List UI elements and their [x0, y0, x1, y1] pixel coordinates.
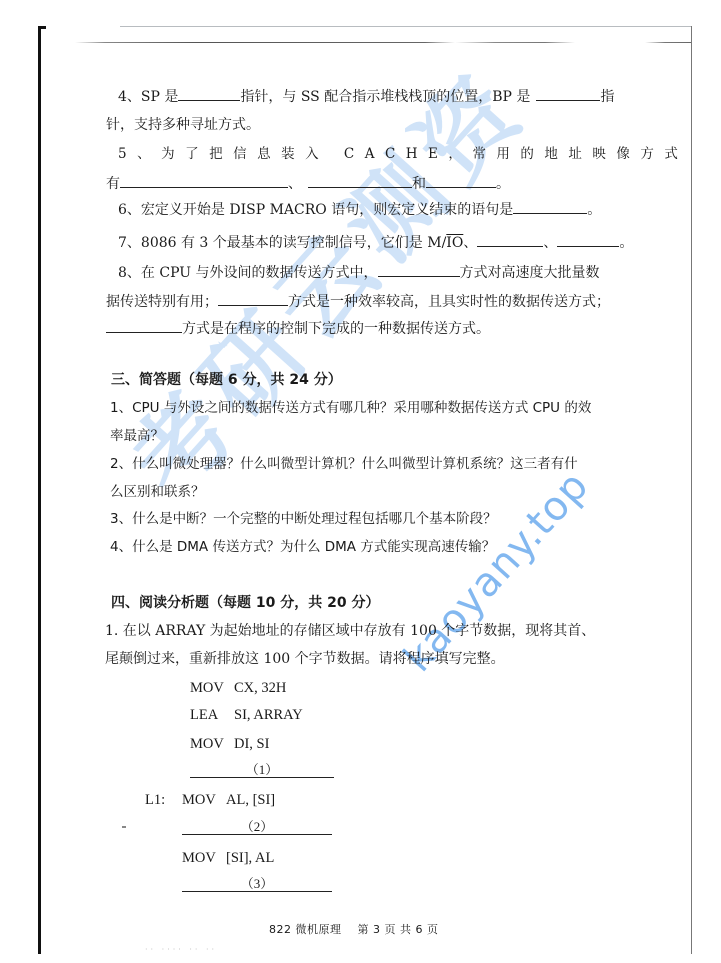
page-border-corner [38, 26, 46, 29]
scan-artifact [122, 826, 126, 828]
code-blank-1[interactable]: （1） [190, 763, 334, 778]
q8-text-1: 8、在 CPU 与外设间的数据传送方式中， [118, 265, 378, 281]
q5-blank-1[interactable] [120, 173, 288, 188]
page-border-left [38, 26, 41, 954]
code-line-1: MOVCX, 32H [190, 678, 286, 698]
section3-q3: 3、什么是中断？一个完整的中断处理过程包括哪几个基本阶段？ [110, 509, 600, 529]
code-op: MOV [190, 678, 234, 698]
page-footer: 822 微机原理 第 3 页 共 6 页 [269, 921, 438, 937]
section3-q2-line2: 么区别和联系？ [110, 482, 600, 502]
code-label-l1: L1: [145, 790, 165, 810]
q4-blank-1[interactable] [178, 86, 240, 101]
section4-title: 四、阅读分析题（每题 10 分，共 20 分） [111, 593, 601, 613]
fill-blank-q8-line3: 方式是在程序的控制下完成的一种数据传送方式。 [106, 318, 596, 339]
q7-text-4: 。 [619, 235, 633, 251]
q8-text-3: 据传送特别有用； [106, 294, 218, 310]
code-args: SI, ARRAY [234, 707, 303, 723]
q4-blank-2[interactable] [536, 86, 600, 101]
section3-q4: 4、什么是 DMA 传送方式？为什么 DMA 方式能实现高速传输？ [110, 537, 600, 557]
section3-q2-line1: 2、什么叫微处理器？什么叫微型计算机？什么叫微型计算机系统？这三者有什 [110, 454, 600, 474]
q4-text-3: 指 [600, 89, 614, 105]
fill-blank-q4-line2: 针，支持多种寻址方式。 [106, 115, 596, 135]
q7-text-3: 、 [543, 235, 557, 251]
header-rule [75, 42, 691, 43]
code-op: MOV [182, 848, 226, 868]
section4-q1-line2: 尾颠倒过来，重新排放这 100 个字节数据。请将程序填写完整。 [105, 649, 595, 669]
code-args: [SI], AL [226, 850, 274, 866]
q7-text-2: 、 [463, 235, 477, 251]
code-blank-2[interactable]: （2） [182, 820, 332, 835]
fill-blank-q4-line1: 4、SP 是指针，与 SS 配合指示堆栈栈顶的位置，BP 是指 [118, 86, 608, 107]
q8-blank-2[interactable] [218, 291, 288, 306]
q6-blank-1[interactable] [513, 199, 587, 214]
code-line-7: MOV[SI], AL [182, 848, 274, 868]
q4-text-1: 4、SP 是 [118, 89, 178, 105]
q5-text-2: 、 [288, 176, 302, 192]
q7-io-signal: IO [446, 235, 463, 251]
q7-text-1: 7、8086 有 3 个最基本的读写控制信号，它们是 M/ [118, 235, 446, 251]
code-args: DI, SI [234, 736, 269, 752]
top-rule [120, 26, 691, 27]
section3-q1-line2: 率最高？ [110, 426, 600, 446]
fill-blank-q6: 6、宏定义开始是 DISP MACRO 语句，则宏定义结束的语句是。 [118, 199, 608, 220]
q7-blank-2[interactable] [557, 232, 619, 247]
q8-blank-1[interactable] [378, 262, 460, 277]
code-line-2: LEASI, ARRAY [190, 705, 303, 725]
code-op: LEA [190, 705, 234, 725]
fill-blank-q5-line2: 有、和。 [106, 173, 596, 194]
code-line-3: MOVDI, SI [190, 734, 269, 754]
code-blank-3[interactable]: （3） [182, 877, 332, 892]
q8-blank-3[interactable] [106, 318, 182, 333]
footer-scan-artifact: ·· ···· ·· ·· [145, 945, 217, 954]
q8-text-2: 方式对高速度大批量数 [460, 265, 600, 281]
q8-text-4: 方式是一种效率较高，且具实时性的数据传送方式； [288, 294, 610, 310]
q4-text-2: 指针，与 SS 配合指示堆栈栈顶的位置，BP 是 [240, 89, 530, 105]
code-line-5: MOVAL, [SI] [182, 790, 275, 810]
q7-blank-1[interactable] [477, 232, 543, 247]
code-op: MOV [190, 734, 234, 754]
q5-blank-3[interactable] [426, 173, 496, 188]
fill-blank-q8-line1: 8、在 CPU 与外设间的数据传送方式中，方式对高速度大批量数 [118, 262, 608, 283]
section3-q1-line1: 1、CPU 与外设之间的数据传送方式有哪几种？采用哪种数据传送方式 CPU 的效 [110, 398, 600, 418]
q5-text-1: 有 [106, 176, 120, 192]
code-op: MOV [182, 790, 226, 810]
q5-blank-2[interactable] [308, 173, 412, 188]
code-args: CX, 32H [234, 680, 286, 696]
section3-title: 三、简答题（每题 6 分，共 24 分） [111, 370, 601, 390]
q8-text-5: 方式是在程序的控制下完成的一种数据传送方式。 [182, 321, 490, 337]
fill-blank-q8-line2: 据传送特别有用；方式是一种效率较高，且具实时性的数据传送方式； [106, 291, 596, 312]
q5-text-4: 。 [496, 176, 510, 192]
page-border-right [691, 26, 692, 954]
code-args: AL, [SI] [226, 792, 275, 808]
section4-q1-line1: 1. 在以 ARRAY 为起始地址的存储区域中存放有 100 个字节数据，现将其… [105, 621, 595, 641]
q6-text-1: 6、宏定义开始是 DISP MACRO 语句，则宏定义结束的语句是 [118, 202, 513, 218]
q5-text-3: 和 [412, 176, 426, 192]
q6-text-2: 。 [587, 202, 601, 218]
fill-blank-q7: 7、8086 有 3 个最基本的读写控制信号，它们是 M/IO、、。 [118, 232, 608, 253]
fill-blank-q5-line1: 5、为了把信息装入 CACHE，常用的地址映像方式 [118, 144, 608, 164]
